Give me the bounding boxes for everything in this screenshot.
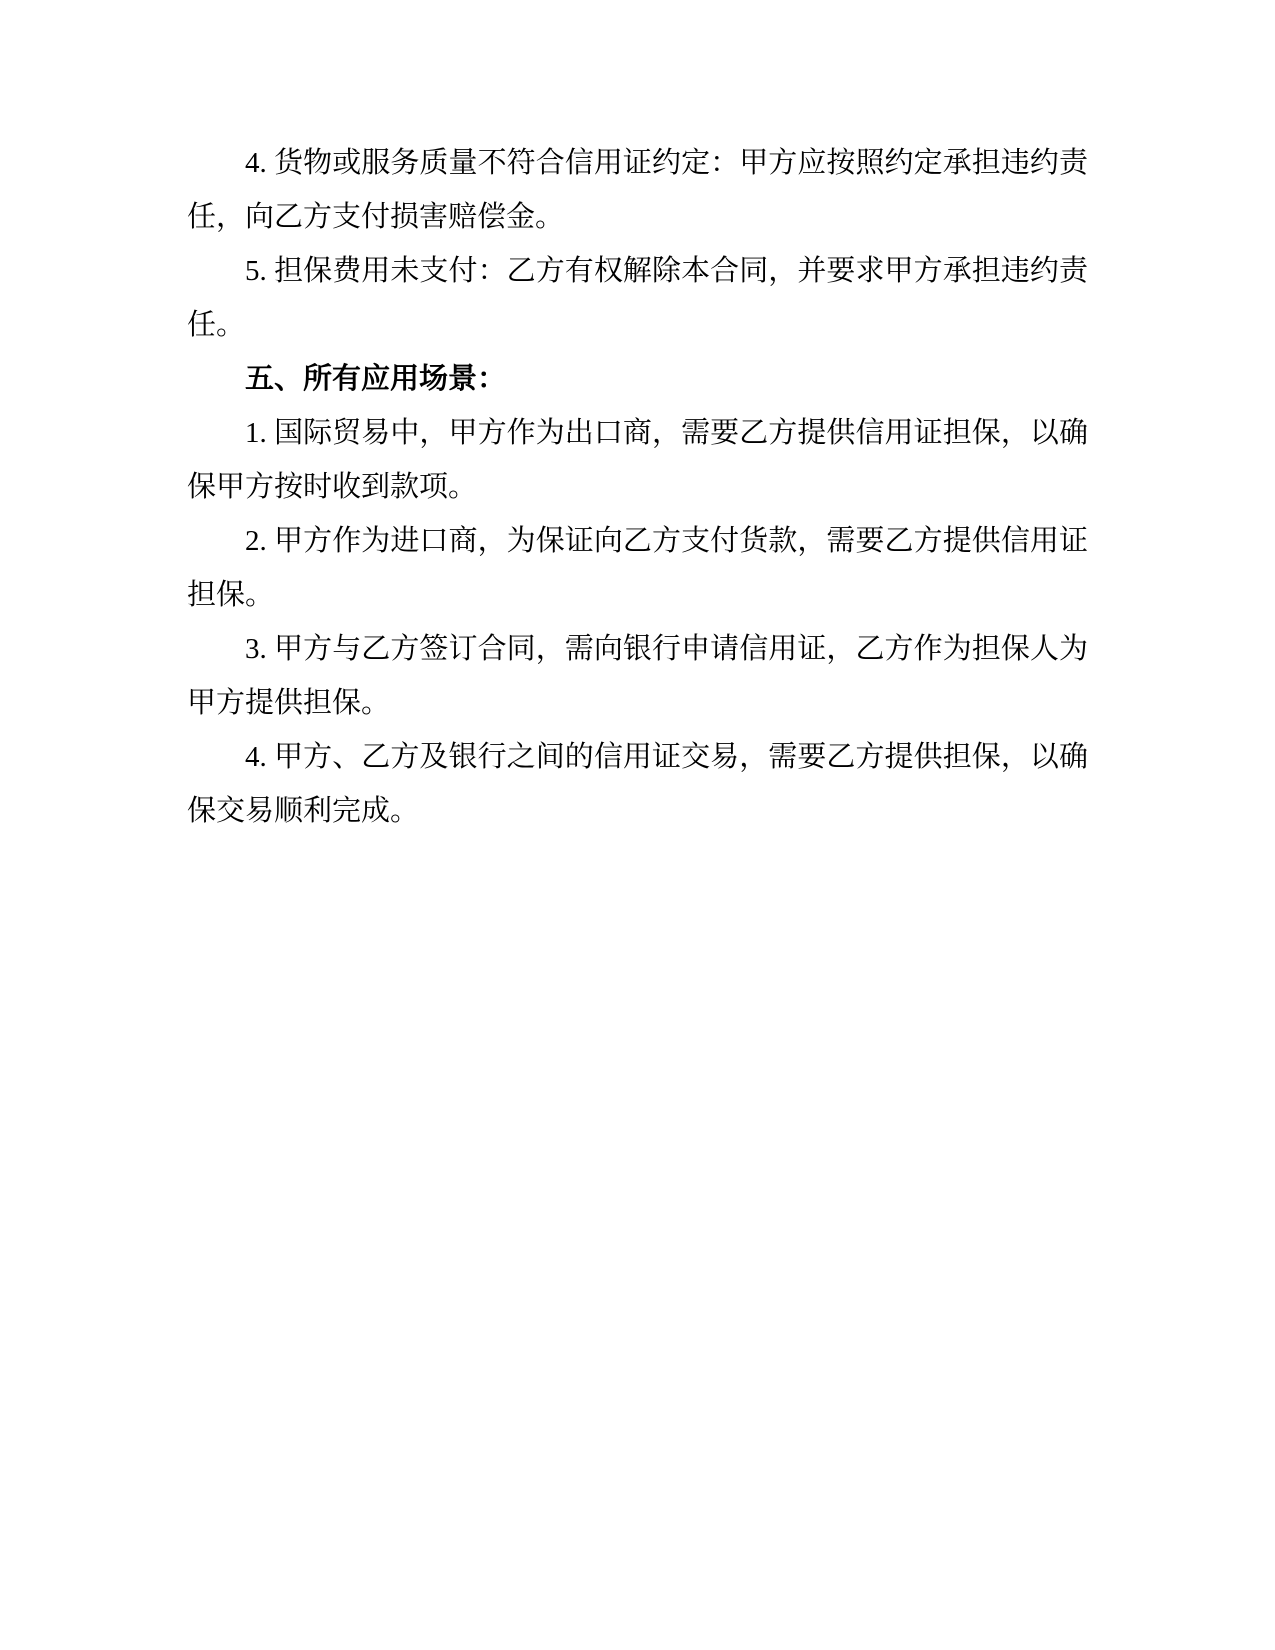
scenario-4-tripartite-lc-transaction: 4. 甲方、乙方及银行之间的信用证交易，需要乙方提供担保，以确保交易顺利完成。: [187, 730, 1088, 838]
section-heading-application-scenarios: 五、所有应用场景：: [187, 352, 1088, 406]
clause-5-unpaid-guarantee-fee: 5. 担保费用未支付：乙方有权解除本合同，并要求甲方承担违约责任。: [187, 244, 1088, 352]
scenario-3-bank-letter-of-credit-application: 3. 甲方与乙方签订合同，需向银行申请信用证，乙方作为担保人为甲方提供担保。: [187, 622, 1088, 730]
clause-4-breach-of-quality: 4. 货物或服务质量不符合信用证约定：甲方应按照约定承担违约责任，向乙方支付损害…: [187, 136, 1088, 244]
document-content: 4. 货物或服务质量不符合信用证约定：甲方应按照约定承担违约责任，向乙方支付损害…: [187, 136, 1088, 838]
document-page: 4. 货物或服务质量不符合信用证约定：甲方应按照约定承担违约责任，向乙方支付损害…: [0, 0, 1275, 1650]
scenario-1-international-trade-exporter: 1. 国际贸易中，甲方作为出口商，需要乙方提供信用证担保，以确保甲方按时收到款项…: [187, 406, 1088, 514]
scenario-2-importer-payment-guarantee: 2. 甲方作为进口商，为保证向乙方支付货款，需要乙方提供信用证担保。: [187, 514, 1088, 622]
